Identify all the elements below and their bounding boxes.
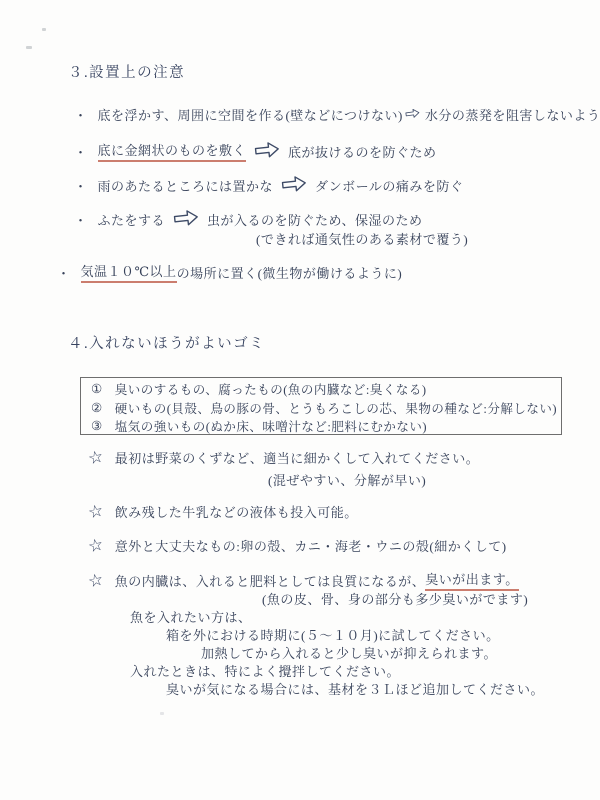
circled-number: ③ (91, 418, 103, 434)
item-text: ふたをする (98, 210, 166, 229)
section3-item-5: ・ 気温１０℃以上 の場所に置く(微生物が働けるように) (57, 261, 402, 283)
fish-instruction-line: 入れたときは、特によく攪拌してください。 (130, 661, 400, 680)
excluded-waste-box: ① 臭いのするもの、腐ったもの(魚の内臓など:臭くなる) ② 硬いもの(貝殻、鳥… (80, 377, 562, 435)
star-icon: ☆ (86, 570, 105, 590)
item-text: 底を浮かす、周囲に空間を作る(壁などにつけない) (98, 105, 403, 124)
section3-item-4-note: (できれば通気性のある素材で覆う) (256, 229, 468, 248)
section3-item-3: ・ 雨のあたるところには置かな ダンボールの痛みを防ぐ (74, 175, 463, 195)
section3-item-1: ・ 底を浮かす、周囲に空間を作る(壁などにつけない) 水分の蒸発を阻害しないよう… (74, 105, 600, 124)
box-row-3: ③ 塩気の強いもの(ぬか床、味噌汁など:肥料にむかない) (91, 417, 561, 436)
item-result: ダンボールの痛みを防ぐ (315, 176, 463, 195)
arrow-right-icon (404, 106, 421, 121)
item-text: の場所に置く(微生物が働けるように) (177, 263, 403, 282)
box-row-text: 塩気の強いもの(ぬか床、味噌汁など:肥料にむかない) (115, 417, 427, 435)
star-icon: ☆ (86, 502, 105, 522)
fish-instruction-line: 箱を外における時期に(５〜１０月)に試してください。 (166, 625, 500, 644)
pencil-mark (42, 28, 46, 31)
fish-instruction-line: 魚を入れたい方は、 (130, 607, 252, 626)
star-text: 意外と大丈夫なもの:卵の殻、カニ・海老・ウニの殻(細かくして) (115, 536, 507, 555)
bullet-marker: ・ (74, 176, 88, 195)
star-text: 飲み残した牛乳などの液体も投入可能。 (115, 502, 358, 521)
bullet-marker: ・ (74, 210, 88, 229)
star-icon: ☆ (86, 448, 105, 468)
bullet-marker: ・ (74, 105, 88, 124)
item-result: 水分の蒸発を阻害しないように (425, 105, 600, 124)
section3-item-2: ・ 底に金網状のものを敷く 底が抜けるのを防ぐため (74, 140, 437, 162)
box-row-2: ② 硬いもの(貝殻、鳥の豚の骨、とうもろこしの芯、果物の種など:分解しない) (91, 399, 561, 418)
star-item-1: ☆ 最初は野菜のくずなど、適当に細かくして入れてください。 (88, 448, 479, 467)
circled-number: ② (91, 400, 103, 416)
pencil-mark (26, 46, 32, 49)
section4-heading: ４.入れないほうがよいゴミ (68, 332, 265, 353)
star-item-1-note: (混ぜやすい、分解が早い) (268, 470, 426, 489)
item-text-underlined: 気温１０℃以上 (81, 261, 177, 283)
star-item-2: ☆ 飲み残した牛乳などの液体も投入可能。 (88, 502, 358, 521)
scanned-document-page: ３.設置上の注意 ・ 底を浮かす、周囲に空間を作る(壁などにつけない) 水分の蒸… (0, 0, 600, 800)
section3-heading: ３.設置上の注意 (68, 61, 185, 82)
bullet-marker: ・ (74, 142, 88, 161)
star-text: 魚の内臓は、入れると肥料としては良質になるが、 (115, 571, 426, 590)
item-result: 底が抜けるのを防ぐため (288, 142, 437, 161)
box-row-text: 臭いのするもの、腐ったもの(魚の内臓など:臭くなる) (115, 380, 427, 398)
item-result: 虫が入るのを防ぐため、保湿のため (207, 210, 422, 229)
arrow-right-icon (280, 174, 308, 195)
bullet-marker: ・ (57, 263, 71, 282)
star-text-underlined: 臭いが出ます。 (425, 569, 518, 591)
box-row-1: ① 臭いのするもの、腐ったもの(魚の内臓など:臭くなる) (91, 380, 561, 399)
fish-instruction-line: 臭いが気になる場合には、基材を３Ｌほど追加してください。 (166, 679, 544, 698)
star-icon: ☆ (86, 536, 105, 556)
star-item-4: ☆ 魚の内臓は、入れると肥料としては良質になるが、 臭いが出ます。 (88, 569, 519, 591)
star-item-4-note: (魚の皮、骨、身の部分も多少臭いがでます) (262, 589, 528, 608)
box-row-text: 硬いもの(貝殻、鳥の豚の骨、とうもろこしの芯、果物の種など:分解しない) (115, 399, 557, 417)
item-text: 雨のあたるところには置かな (98, 176, 274, 195)
section3-item-4: ・ ふたをする 虫が入るのを防ぐため、保湿のため (74, 209, 423, 229)
star-text: 最初は野菜のくずなど、適当に細かくして入れてください。 (115, 448, 480, 467)
arrow-right-icon (253, 140, 281, 161)
star-item-3: ☆ 意外と大丈夫なもの:卵の殻、カニ・海老・ウニの殻(細かくして) (88, 536, 507, 555)
pencil-mark (160, 712, 164, 715)
fish-instruction-line: 加熱してから入れると少し臭いが抑えられます。 (201, 643, 497, 662)
circled-number: ① (91, 381, 103, 397)
item-text-underlined: 底に金網状のものを敷く (98, 140, 247, 162)
arrow-right-icon (172, 208, 200, 229)
